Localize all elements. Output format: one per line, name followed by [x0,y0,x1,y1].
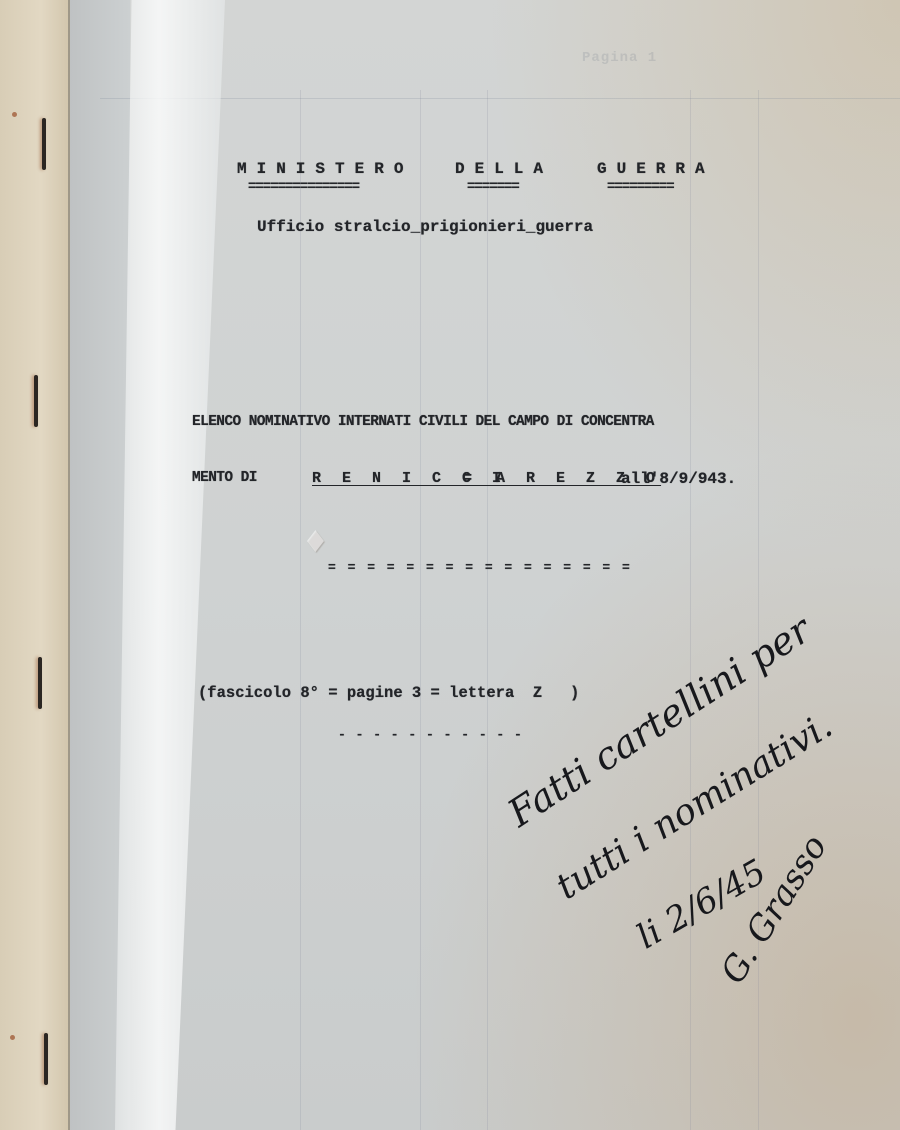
staple [38,657,42,709]
embossed-stamp: ♦ [302,525,372,565]
rust-spot [10,1035,15,1040]
divider-dashes: - - - - - - - - - - - [338,727,523,742]
date-as-of: all'8/9/943. [621,470,736,488]
bleed-through-column-line [690,90,691,1130]
bleed-through-column-line [420,90,421,1130]
heading-underline: ======= [467,179,519,195]
heading-guerra: GUERRA [597,160,715,178]
bleed-through-column-line [758,90,759,1130]
divider-equals: = = = = = = = = = = = = = = = = [328,560,632,575]
bleed-through-header: Pagina 1 [582,50,657,66]
list-title-line2-prefix: MENTO DI [192,470,257,486]
rust-spot [12,112,17,117]
bleed-through-column-line [300,90,301,1130]
staple [42,118,46,170]
heading-underline: =============== [248,179,359,195]
folder-cover [0,0,70,1130]
bleed-through-column-line [487,90,488,1130]
heading-della: DELLA [455,160,553,178]
staple [44,1033,48,1085]
separator: = [463,470,472,487]
camp-name: R E N I C C I [312,470,507,487]
staple [34,375,38,427]
list-title-line1: ELENCO NOMINATIVO INTERNATI CIVILI DEL C… [192,414,654,430]
office-name: Ufficio stralcio_prigionieri_guerra [257,218,593,236]
file-info: (fascicolo 8° = pagine 3 = lettera Z ) [198,684,579,702]
heading-ministero: MINISTERO [237,160,413,178]
heading-underline: ========= [607,179,674,195]
